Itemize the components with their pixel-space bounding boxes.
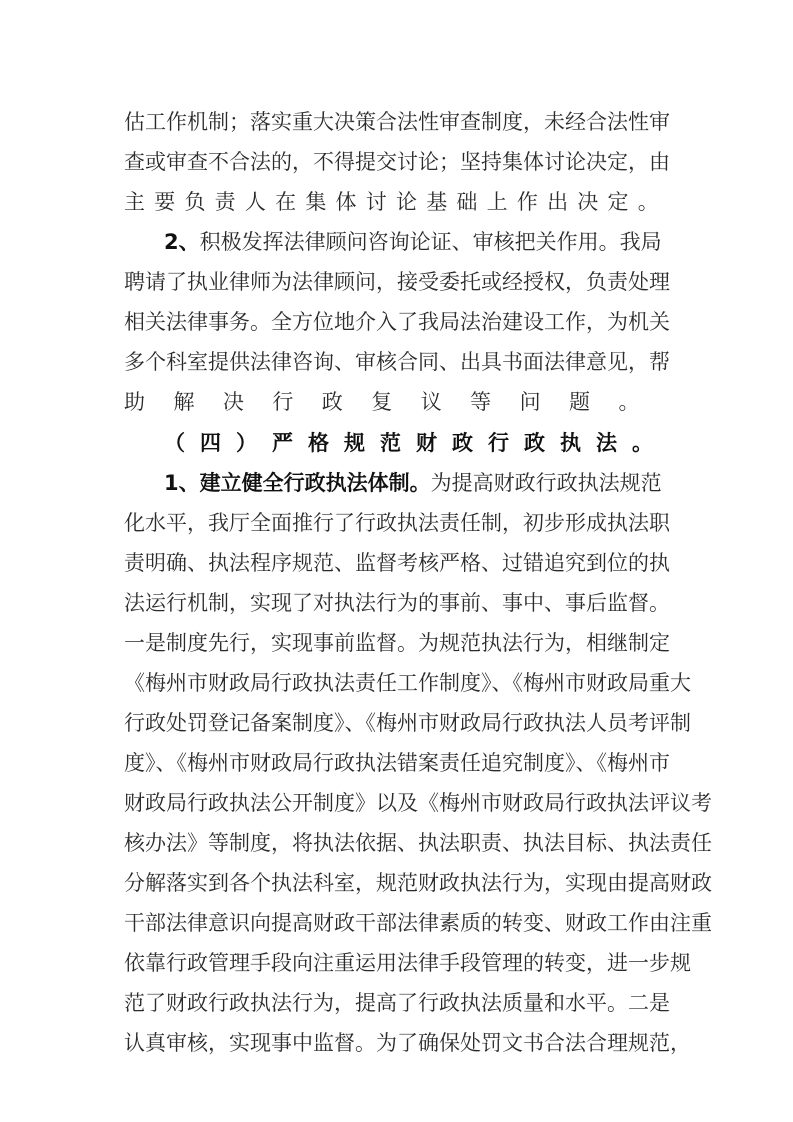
text-line: 2、积极发挥法律顾问咨询论证、审核把关作用。我局 (164, 222, 724, 262)
body-text: 行政处罚登记备案制度》、《梅州市财政局行政执法人员考评制 (124, 711, 691, 735)
text-line: 1、建立健全行政执法体制。为提高财政行政执法规范 (164, 463, 724, 503)
body-text: 聘请了执业律师为法律顾问，接受委托或经授权，负责处理 (124, 270, 670, 294)
body-text: 分解落实到各个执法科室，规范财政执法行为，实现由提高财政 (124, 871, 712, 895)
bold-heading-text: 1、建立健全行政执法体制。 (164, 471, 431, 495)
body-text: 干部法律意识向提高财政干部法律素质的转变、财政工作由注重 (124, 911, 712, 935)
body-text: 认真审核，实现事中监督。为了确保处罚文书合法合理规范， (124, 1031, 691, 1055)
bold-heading-text: 2、 (164, 230, 200, 254)
body-text: 《梅州市财政局行政执法责任工作制度》、《梅州市财政局重大 (124, 671, 691, 695)
body-text: 多个科室提供法律咨询、审核合同、出具书面法律意见，帮 (124, 350, 670, 374)
body-text: 核办法》等制度，将执法依据、执法职责、执法目标、执法责任 (124, 831, 712, 855)
body-text: 法运行机制，实现了对执法行为的事前、事中、事后监督。 (124, 591, 670, 615)
body-text: 财政局行政执法公开制度》以及《梅州市财政局行政执法评议考 (124, 791, 712, 815)
text-line: 查或审查不合法的，不得提交讨论；坚持集体讨论决定，由 (124, 142, 684, 182)
body-text: 主要负责人在集体讨论基础上作出决定。 (124, 190, 668, 214)
text-line: 核办法》等制度，将执法依据、执法职责、执法目标、执法责任 (124, 823, 684, 863)
body-text: 估工作机制；落实重大决策合法性审查制度，未经合法性审 (124, 110, 670, 134)
body-text: 一是制度先行，实现事前监督。为规范执法行为，相继制定 (124, 631, 670, 655)
document-page: 估工作机制；落实重大决策合法性审查制度，未经合法性审查或审查不合法的，不得提交讨… (0, 0, 793, 1122)
text-line: 助解决行政复议等问题。 (124, 382, 684, 422)
text-line: 认真审核，实现事中监督。为了确保处罚文书合法合理规范， (124, 1023, 684, 1063)
bold-heading-text: （四）严格规范财政行政执法。 (164, 431, 668, 455)
text-line: 范了财政行政执法行为，提高了行政执法质量和水平。二是 (124, 983, 684, 1023)
text-line: 法运行机制，实现了对执法行为的事前、事中、事后监督。 (124, 583, 684, 623)
text-line: 干部法律意识向提高财政干部法律素质的转变、财政工作由注重 (124, 903, 684, 943)
text-line: 《梅州市财政局行政执法责任工作制度》、《梅州市财政局重大 (124, 663, 684, 703)
body-text: 范了财政行政执法行为，提高了行政执法质量和水平。二是 (124, 991, 670, 1015)
body-text: 依靠行政管理手段向注重运用法律手段管理的转变，进一步规 (124, 951, 691, 975)
text-line: 行政处罚登记备案制度》、《梅州市财政局行政执法人员考评制 (124, 703, 684, 743)
text-line: 主要负责人在集体讨论基础上作出决定。 (124, 182, 684, 222)
text-line: 相关法律事务。全方位地介入了我局法治建设工作，为机关 (124, 302, 684, 342)
body-text: 为提高财政行政执法规范 (431, 471, 662, 495)
text-line: 估工作机制；落实重大决策合法性审查制度，未经合法性审 (124, 102, 684, 142)
text-line: 责明确、执法程序规范、监督考核严格、过错追究到位的执 (124, 543, 684, 583)
text-line: 化水平，我厅全面推行了行政执法责任制，初步形成执法职 (124, 503, 684, 543)
text-line: 聘请了执业律师为法律顾问，接受委托或经授权，负责处理 (124, 262, 684, 302)
body-text: 化水平，我厅全面推行了行政执法责任制，初步形成执法职 (124, 511, 670, 535)
body-text: 积极发挥法律顾问咨询论证、审核把关作用。我局 (200, 230, 662, 254)
text-line: （四）严格规范财政行政执法。 (164, 423, 724, 463)
text-line: 多个科室提供法律咨询、审核合同、出具书面法律意见，帮 (124, 342, 684, 382)
text-line: 一是制度先行，实现事前监督。为规范执法行为，相继制定 (124, 623, 684, 663)
body-text: 相关法律事务。全方位地介入了我局法治建设工作，为机关 (124, 310, 670, 334)
text-line: 度》、《梅州市财政局行政执法错案责任追究制度》、《梅州市 (124, 743, 684, 783)
text-line: 依靠行政管理手段向注重运用法律手段管理的转变，进一步规 (124, 943, 684, 983)
body-text: 查或审查不合法的，不得提交讨论；坚持集体讨论决定，由 (124, 150, 670, 174)
body-text: 责明确、执法程序规范、监督考核严格、过错追究到位的执 (124, 551, 670, 575)
body-text: 助解决行政复议等问题。 (124, 390, 668, 414)
text-line: 财政局行政执法公开制度》以及《梅州市财政局行政执法评议考 (124, 783, 684, 823)
text-line: 分解落实到各个执法科室，规范财政执法行为，实现由提高财政 (124, 863, 684, 903)
body-text: 度》、《梅州市财政局行政执法错案责任追究制度》、《梅州市 (124, 751, 670, 775)
